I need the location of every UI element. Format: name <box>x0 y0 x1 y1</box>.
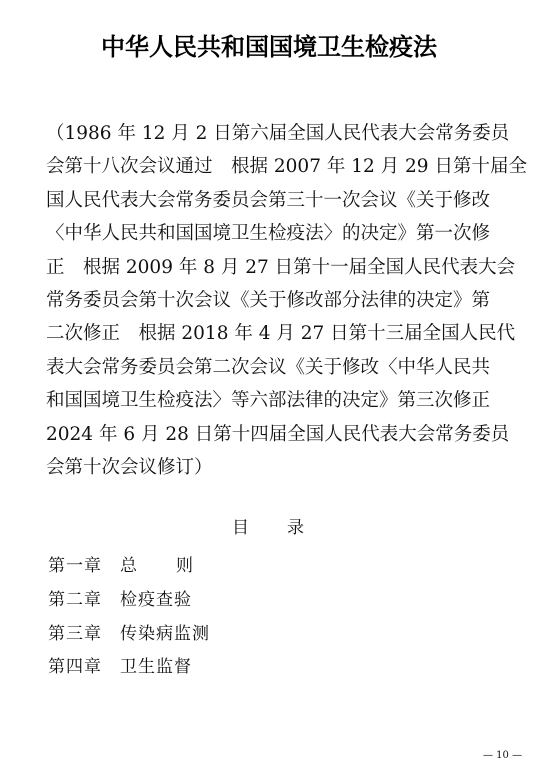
preamble-line: 国人民代表大会常务委员会第三十一次会议《关于修改 <box>46 184 486 217</box>
preamble-line: 和国国境卫生检疫法〉等六部法律的决定》第三次修正 <box>46 384 486 417</box>
toc-heading-char: 目 <box>232 516 249 540</box>
table-of-contents: 第一章 总则 第二章 检疫查验 第三章 传染病监测 第四章 卫生监督 <box>48 550 210 685</box>
chapter-number: 第四章 <box>48 651 120 685</box>
preamble-line: 二次修正 根据 2018 年 4 月 27 日第十三届全国人民代 <box>46 317 486 350</box>
toc-heading-char: 录 <box>287 516 304 540</box>
chapter-number: 第二章 <box>48 584 120 618</box>
toc-entry-chapter-2[interactable]: 第二章 检疫查验 <box>48 584 210 618</box>
preamble-line: （1986 年 12 月 2 日第六届全国人民代表大会常务委员 <box>46 117 486 150</box>
toc-entry-chapter-1[interactable]: 第一章 总则 <box>48 550 210 584</box>
table-of-contents-heading: 目录 <box>232 516 304 540</box>
chapter-title: 传染病监测 <box>120 618 210 652</box>
chapter-number: 第一章 <box>48 550 120 584</box>
preamble-line: 〈中华人民共和国国境卫生检疫法〉的决定》第一次修 <box>46 217 486 250</box>
preamble-line: 2024 年 6 月 28 日第十四届全国人民代表大会常务委员 <box>46 418 486 451</box>
amendment-history-paragraph: （1986 年 12 月 2 日第六届全国人民代表大会常务委员 会第十八次会议通… <box>46 117 486 484</box>
chapter-number: 第三章 <box>48 618 120 652</box>
chapter-title: 卫生监督 <box>120 651 192 685</box>
preamble-line: 正 根据 2009 年 8 月 27 日第十一届全国人民代表大会 <box>46 251 486 284</box>
chapter-title: 总则 <box>120 550 194 584</box>
preamble-line: 会第十八次会议通过 根据 2007 年 12 月 29 日第十届全 <box>46 150 486 183</box>
toc-entry-chapter-4[interactable]: 第四章 卫生监督 <box>48 651 210 685</box>
page-number: — 10 — <box>483 749 522 763</box>
preamble-line: 表大会常务委员会第二次会议《关于修改〈中华人民共 <box>46 351 486 384</box>
chapter-title: 检疫查验 <box>120 584 192 618</box>
preamble-line: 常务委员会第十次会议《关于修改部分法律的决定》第 <box>46 284 486 317</box>
toc-entry-chapter-3[interactable]: 第三章 传染病监测 <box>48 618 210 652</box>
preamble-line: 会第十次会议修订） <box>46 451 486 484</box>
document-title: 中华人民共和国国境卫生检疫法 <box>0 30 538 64</box>
